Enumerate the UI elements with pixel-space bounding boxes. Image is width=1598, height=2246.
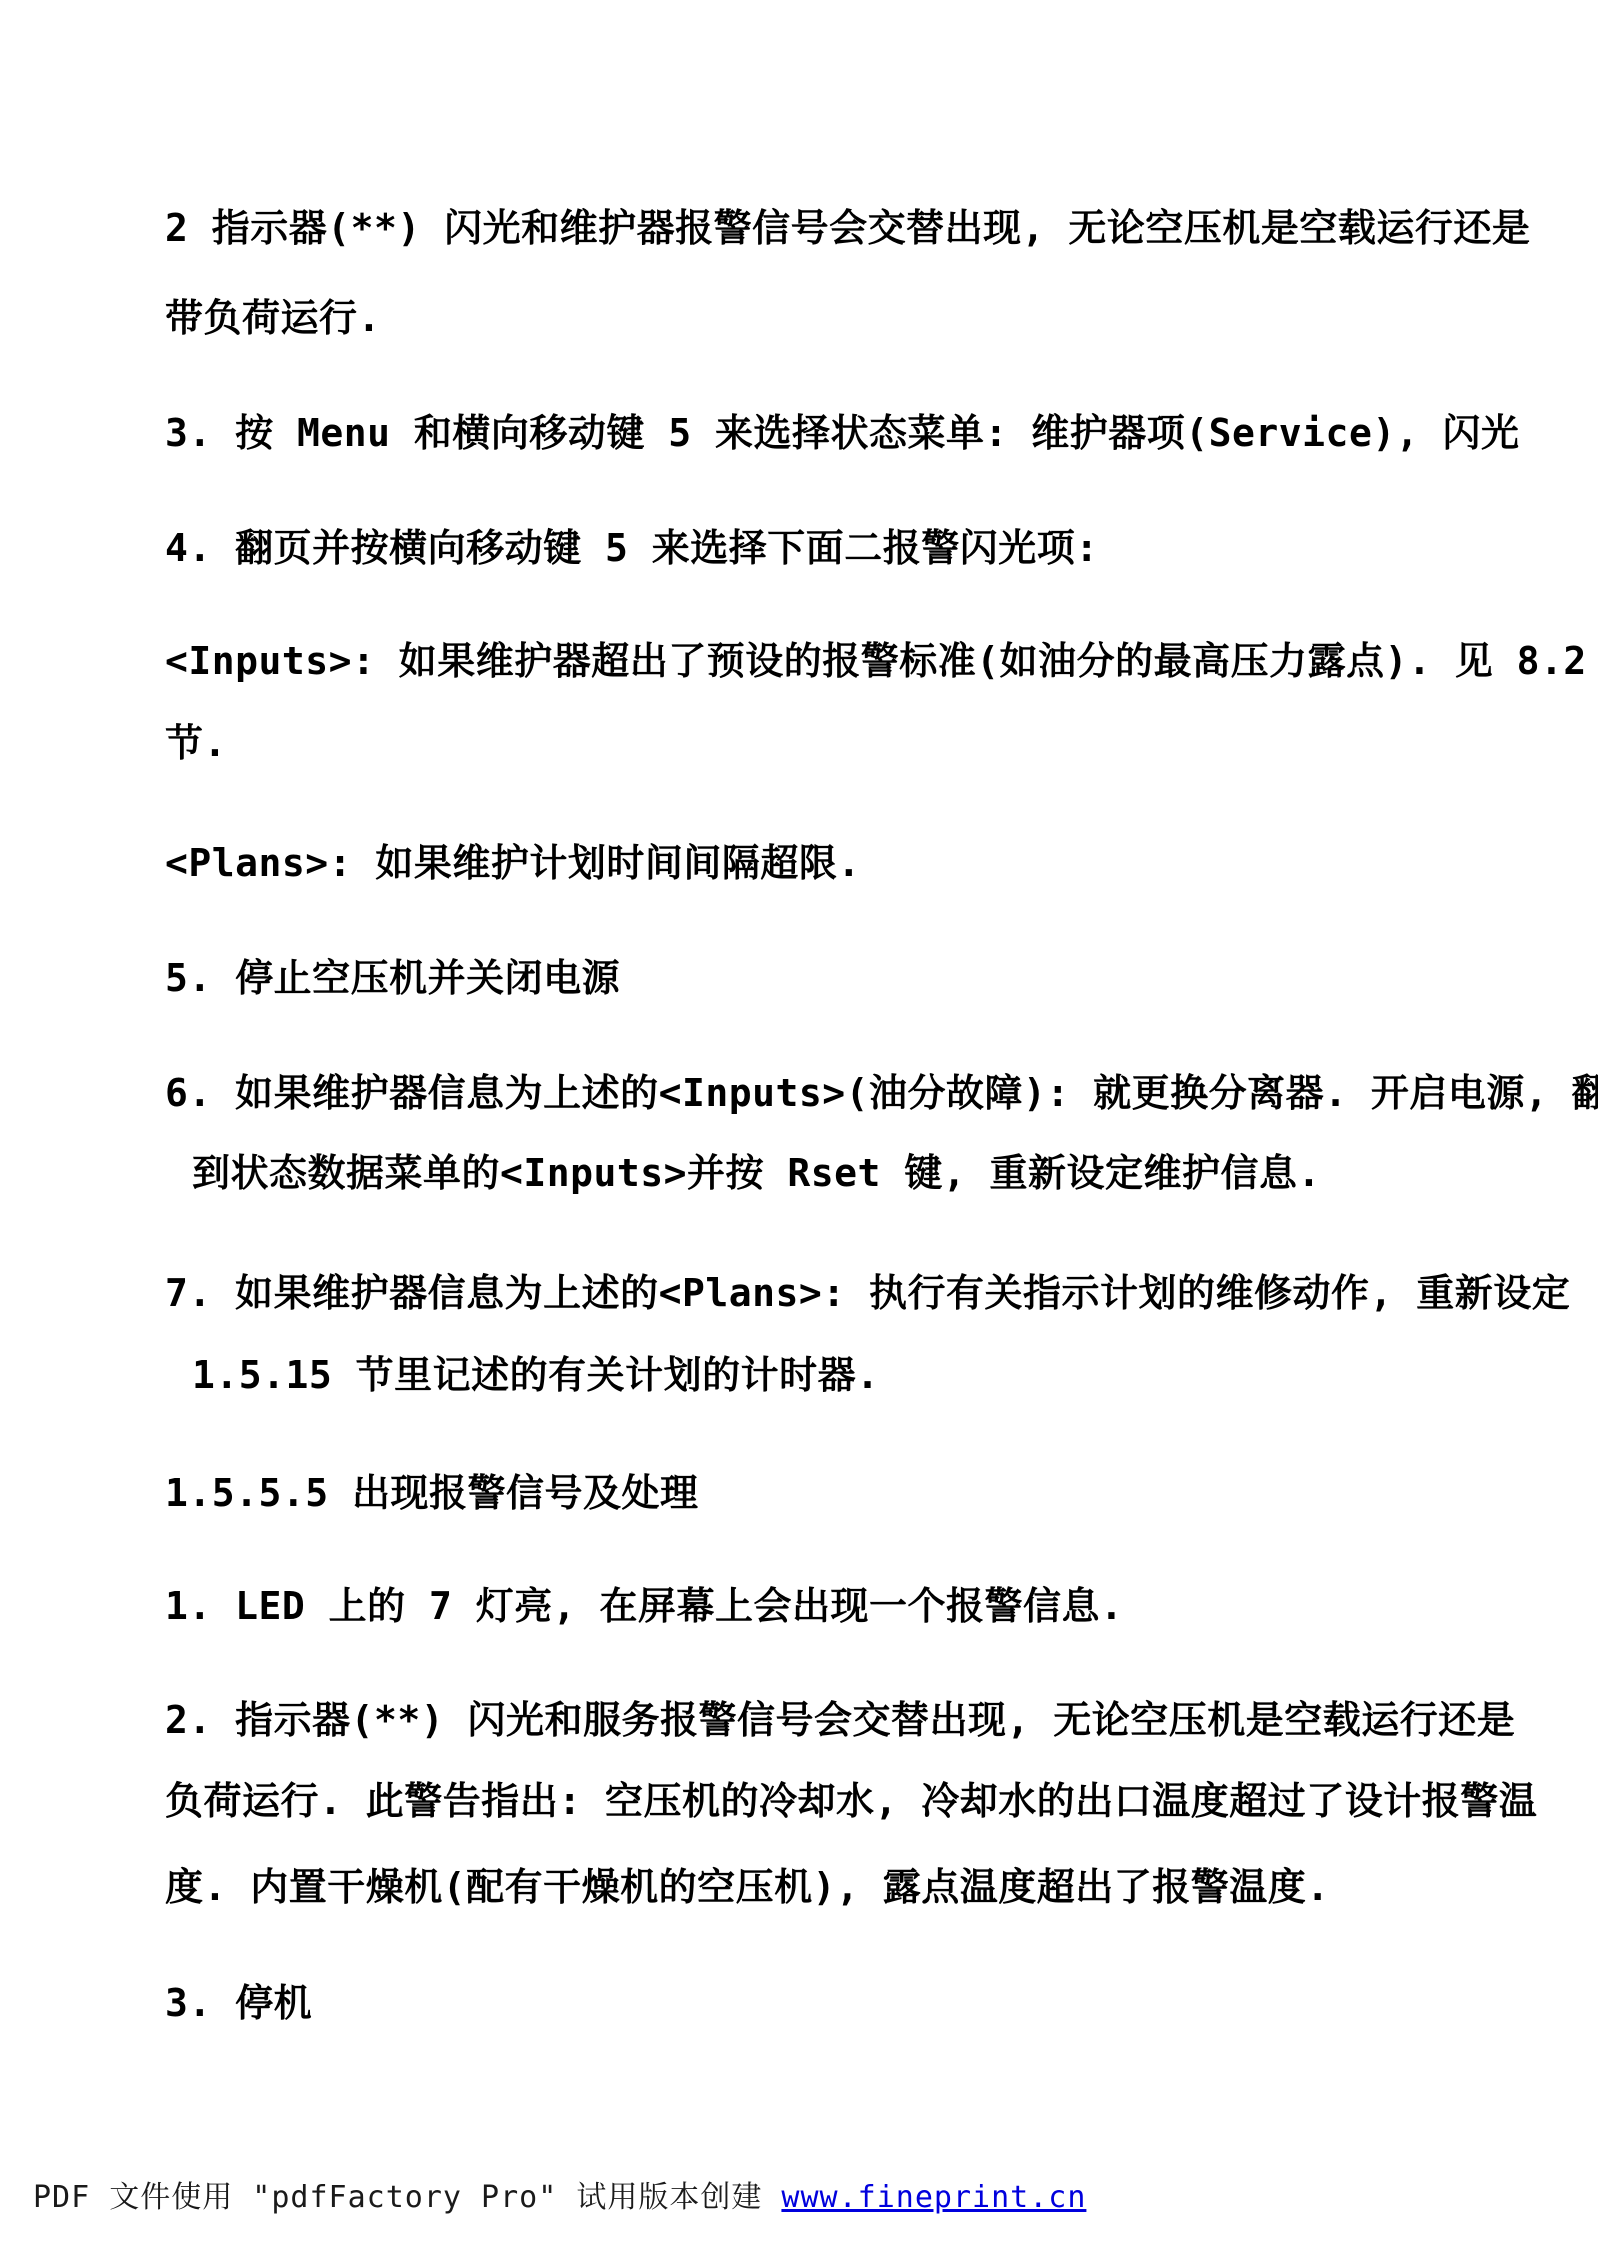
- text-line: 1.5.15 节里记述的有关计划的计时器.: [192, 1352, 880, 1398]
- text-line: 到状态数据菜单的<Inputs>并按 Rset 键, 重新设定维护信息.: [192, 1150, 1321, 1196]
- text-line: 带负荷运行.: [165, 295, 381, 341]
- text-line: 2 指示器(**) 闪光和维护器报警信号会交替出现, 无论空压机是空载运行还是: [165, 205, 1530, 251]
- text-line: <Plans>: 如果维护计划时间间隔超限.: [165, 840, 861, 886]
- text-line: 4. 翻页并按横向移动键 5 来选择下面二报警闪光项:: [165, 525, 1099, 571]
- text-line: 1. LED 上的 7 灯亮, 在屏幕上会出现一个报警信息.: [165, 1583, 1123, 1629]
- text-line: 负荷运行. 此警告指出: 空压机的冷却水, 冷却水的出口温度超过了设计报警温: [165, 1778, 1537, 1824]
- footer-text: PDF 文件使用 "pdfFactory Pro" 试用版本创建: [33, 2180, 781, 2215]
- text-line: 3. 停机: [165, 1980, 312, 2026]
- text-line: 7. 如果维护器信息为上述的<Plans>: 执行有关指示计划的维修动作, 重新…: [165, 1270, 1570, 1316]
- fineprint-link[interactable]: www.fineprint.cn: [781, 2180, 1086, 2215]
- text-line: 5. 停止空压机并关闭电源: [165, 955, 620, 1001]
- text-line: 度. 内置干燥机(配有干燥机的空压机), 露点温度超出了报警温度.: [165, 1864, 1330, 1910]
- document-page: 2 指示器(**) 闪光和维护器报警信号会交替出现, 无论空压机是空载运行还是 …: [0, 0, 1598, 2246]
- pdf-factory-footer: PDF 文件使用 "pdfFactory Pro" 试用版本创建 www.fin…: [33, 2180, 1086, 2216]
- text-line: 3. 按 Menu 和横向移动键 5 来选择状态菜单: 维护器项(Service…: [165, 410, 1519, 456]
- section-heading: 1.5.5.5 出现报警信号及处理: [165, 1470, 699, 1516]
- text-line: 2. 指示器(**) 闪光和服务报警信号会交替出现, 无论空压机是空载运行还是: [165, 1697, 1515, 1743]
- text-line: 节.: [165, 720, 227, 766]
- text-line: <Inputs>: 如果维护器超出了预设的报警标准(如油分的最高压力露点). 见…: [165, 638, 1587, 684]
- text-line: 6. 如果维护器信息为上述的<Inputs>(油分故障): 就更换分离器. 开启…: [165, 1070, 1598, 1116]
